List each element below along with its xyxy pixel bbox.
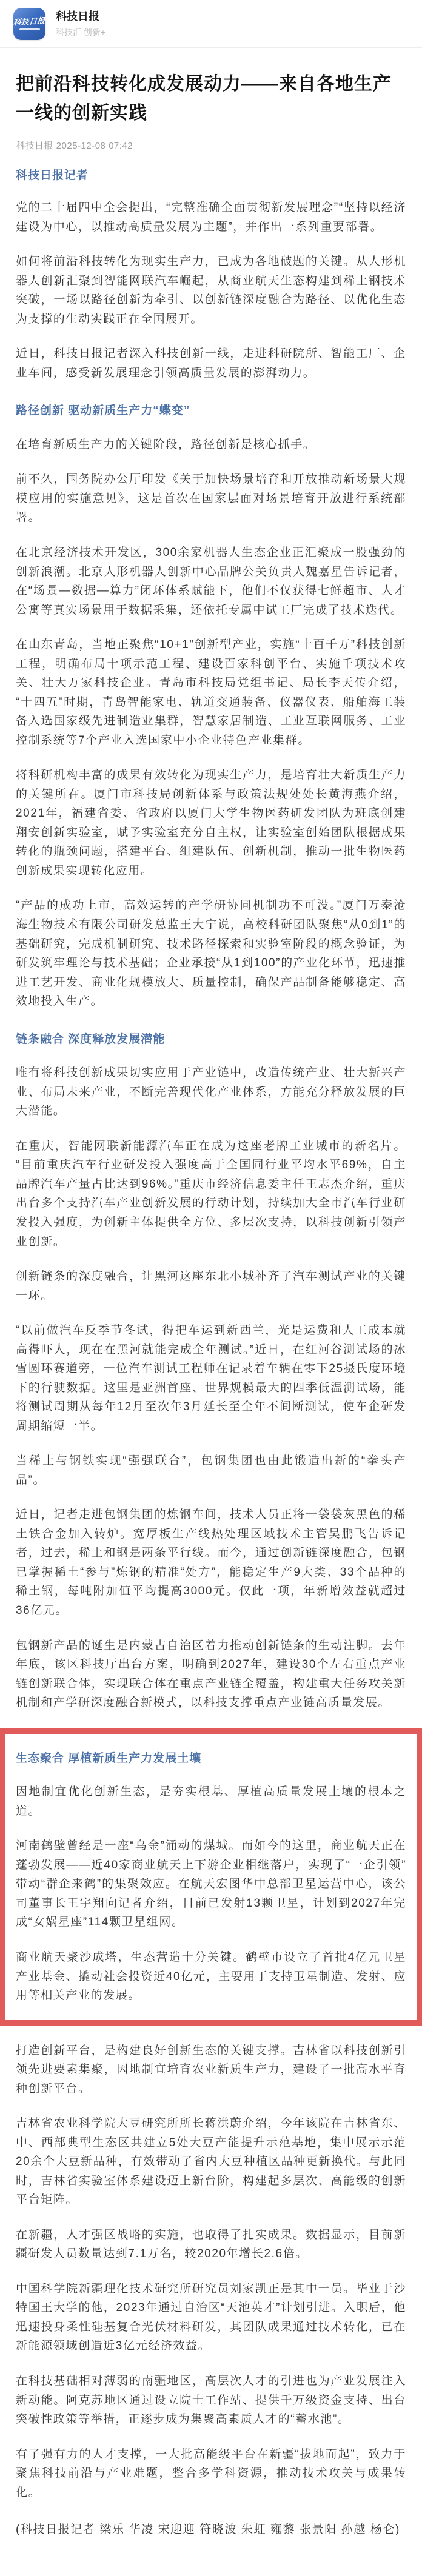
article-paragraph: 创新链条的深度融合，让黑河这座东北小城补齐了汽车测试产业的关键一环。 [16,1267,406,1305]
article-paragraph: 有了强有力的人才支撑，一大批高能级平台在新疆“拔地而起”，致力于聚焦科技前沿与产… [16,2445,406,2503]
article-paragraph: 近日，记者走进包钢集团的炼钢车间，技术人员正将一袋袋灰黑色的稀土铁合金加入转炉。… [16,1505,406,1620]
article-paragraph: 吉林省农业科学院大豆研究所所长蒋洪蔚介绍，今年该院在吉林省东、中、西部典型生态区… [16,2114,406,2210]
article-paragraph: 在北京经济技术开发区，300余家机器人生态企业正汇聚成一股强劲的创新浪潮。北京人… [16,543,406,620]
article-paragraph: 在科技基础相对薄弱的南疆地区，高层次人才的引进也为产业发展注入新动能。阿克苏地区… [16,2372,406,2429]
credits-paragraph: (科技日报记者 梁乐 华凌 宋迎迎 符晓波 朱虹 雍黎 张景阳 孙越 杨仑) [16,2520,406,2540]
article-paragraph: 将科研机构丰富的成果有效转化为现实生产力，是培育壮大新质生产力的关键所在。厦门市… [16,766,406,880]
article-paragraph: 在重庆，智能网联新能源汽车正在成为这座老牌工业城市的新名片。“目前重庆汽车行业研… [16,1137,406,1251]
article-paragraph: 当稀土与钢铁实现“强强联合”，包钢集团也由此锻造出新的“拳头产品”。 [16,1451,406,1490]
account-header: 科技日报 科技日报 科技汇 创新+ [0,0,422,48]
article-meta: 科技日报 2025-12-08 07:42 [16,139,406,152]
article-paragraph: 如何将前沿科技转化为现实生产力，已成为各地破题的关键。从人形机器人创新汇聚到智能… [16,252,406,329]
article-paragraph: 在山东青岛，当地正聚焦“10+1”创新型产业，实施“十百千万”科技创新工程，明确… [16,635,406,750]
section-heading: 生态聚合 厚植新质生产力发展土壤 [16,1751,406,1767]
article-paragraph: 前不久，国务院办公厅印发《关于加快场景培育和开放推动新场景大规模应用的实施意见》… [16,470,406,527]
account-avatar[interactable]: 科技日报 [13,8,45,40]
article-body: 党的二十届四中全会提出，“完整准确全面贯彻新发展理念”“坚持以经济建设为中心，以… [16,198,406,2540]
article-paragraph: 河南鹤壁曾经是一座“乌金”涌动的煤城。而如今的这里，商业航天正在蓬勃发展——近4… [16,1836,406,1932]
article-paragraph: 商业航天聚沙成塔，生态营造十分关键。鹤壁市设立了首批4亿元卫星产业基金、撬动社会… [16,1948,406,2006]
article-paragraph: 在培育新质生产力的关键阶段，路径创新是核心抓手。 [16,435,406,455]
article-paragraph: 唯有将科技创新成果切实应用于产业链中，改造传统产业、壮大新兴产业、布局未来产业，… [16,1063,406,1121]
account-info: 科技日报 科技汇 创新+ [56,10,105,37]
section-heading: 路径创新 驱动新质生产力“蝶变” [16,403,406,420]
article-paragraph: 近日，科技日报记者深入科技创新一线，走进科研院所、智能工厂、企业车间，感受新发展… [16,344,406,383]
article-paragraph: 在新疆，人才强区战略的实施，也取得了扎实成果。数据显示，目前新疆研发人员数量达到… [16,2226,406,2264]
article-paragraph: 打造创新平台，是构建良好创新生态的关键支撑。吉林省以科技创新引领先进要素集聚，因… [16,2041,406,2099]
article-paragraph: 因地制宜优化创新生态，是夯实根基、厚植高质量发展土壤的根本之道。 [16,1782,406,1821]
article-content: 把前沿科技转化成发展动力——来自各地生产一线的创新实践 科技日报 2025-12… [0,70,422,2576]
account-name[interactable]: 科技日报 [56,10,105,24]
section-heading: 链条融合 深度释放发展潜能 [16,1032,406,1048]
article-paragraph: 中国科学院新疆理化技术研究所研究员刘家凯正是其中一员。毕业于沙特国王大学的他，2… [16,2280,406,2356]
article-title: 把前沿科技转化成发展动力——来自各地生产一线的创新实践 [16,70,406,128]
article-paragraph: 包钢新产品的诞生是内蒙古自治区着力推动创新链条的生动注脚。去年年底，该区科技厅出… [16,1636,406,1713]
article-page: 科技日报 科技日报 科技汇 创新+ 把前沿科技转化成发展动力——来自各地生产一线… [0,0,422,2576]
article-byline: 科技日报记者 [16,166,406,182]
article-paragraph: “产品的成功上市，高效运转的产学研协同机制功不可没。”厦门万泰沧海生物技术有限公… [16,896,406,1011]
article-paragraph: 党的二十届四中全会提出，“完整准确全面贯彻新发展理念”“坚持以经济建设为中心，以… [16,198,406,236]
logo-underline-decoration [19,28,40,30]
logo-calligraphy-text: 科技日报 [13,16,45,27]
highlight-annotation-box: 生态聚合 厚植新质生产力发展土壤因地制宜优化创新生态，是夯实根基、厚植高质量发展… [0,1728,422,2026]
account-description: 科技汇 创新+ [56,27,105,38]
article-paragraph: “以前做汽车反季节冬试，得把车运到新西兰，光是运费和人工成本就高得吓人，现在在黑… [16,1321,406,1436]
